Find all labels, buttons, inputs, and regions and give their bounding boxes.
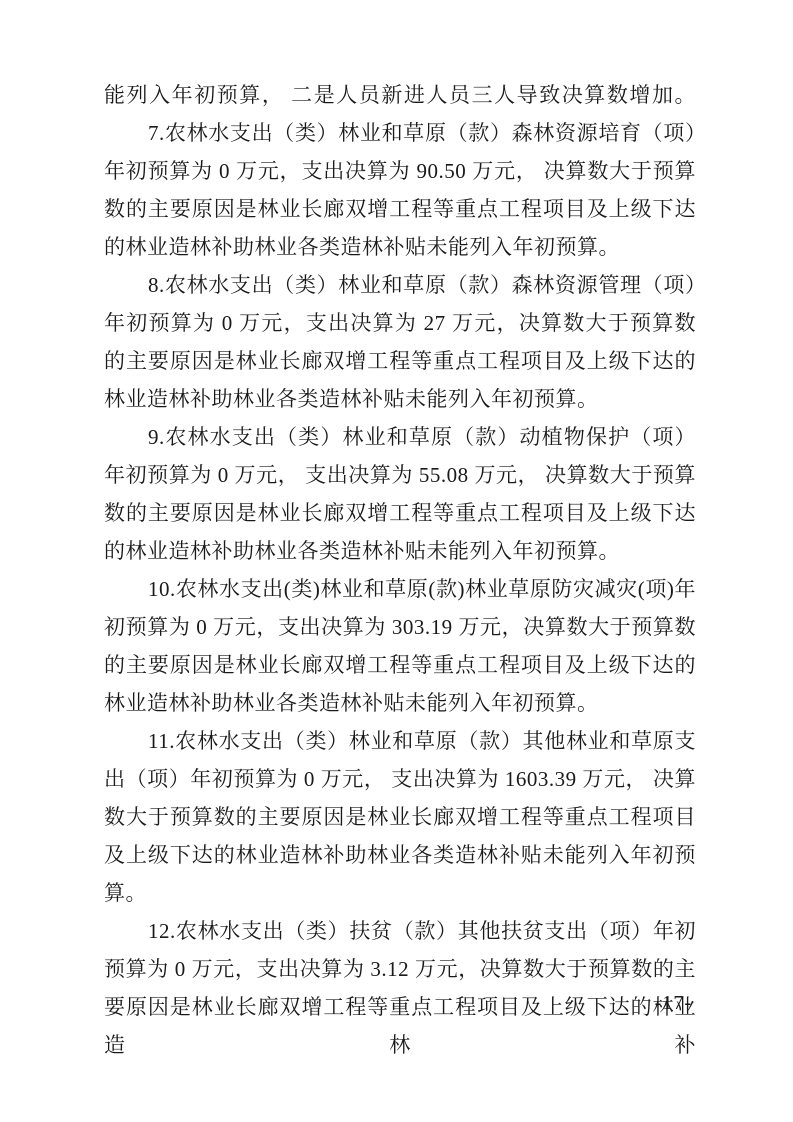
paragraph-item-9: 9.农林水支出（类）林业和草原（款）动植物保护（项）年初预算为 0 万元， 支出… — [104, 418, 696, 570]
document-page: { "document": { "continuation": "能列入年初预算… — [0, 0, 793, 1122]
paragraph-item-8: 8.农林水支出（类）林业和草原（款）森林资源管理（项）年初预算为 0 万元，支出… — [104, 266, 696, 418]
paragraph-item-12-truncated: 12.农林水支出（类）扶贫（款）其他扶贫支出（项）年初预算为 0 万元，支出决算… — [104, 912, 696, 1064]
page-number: -17- — [655, 991, 692, 1015]
paragraph-continuation: 能列入年初预算， 二是人员新进人员三人导致决算数增加。 — [104, 76, 696, 114]
paragraph-item-7: 7.农林水支出（类）林业和草原（款）森林资源培育（项）年初预算为 0 万元，支出… — [104, 114, 696, 266]
text-block: 能列入年初预算， 二是人员新进人员三人导致决算数增加。 7.农林水支出（类）林业… — [104, 76, 696, 1064]
paragraph-item-11: 11.农林水支出（类）林业和草原（款）其他林业和草原支出（项）年初预算为 0 万… — [104, 722, 696, 912]
paragraph-item-10: 10.农林水支出(类)林业和草原(款)林业草原防灾减灾(项)年初预算为 0 万元… — [104, 570, 696, 722]
document-sheet: 能列入年初预算， 二是人员新进人员三人导致决算数增加。 7.农林水支出（类）林业… — [0, 0, 793, 1122]
